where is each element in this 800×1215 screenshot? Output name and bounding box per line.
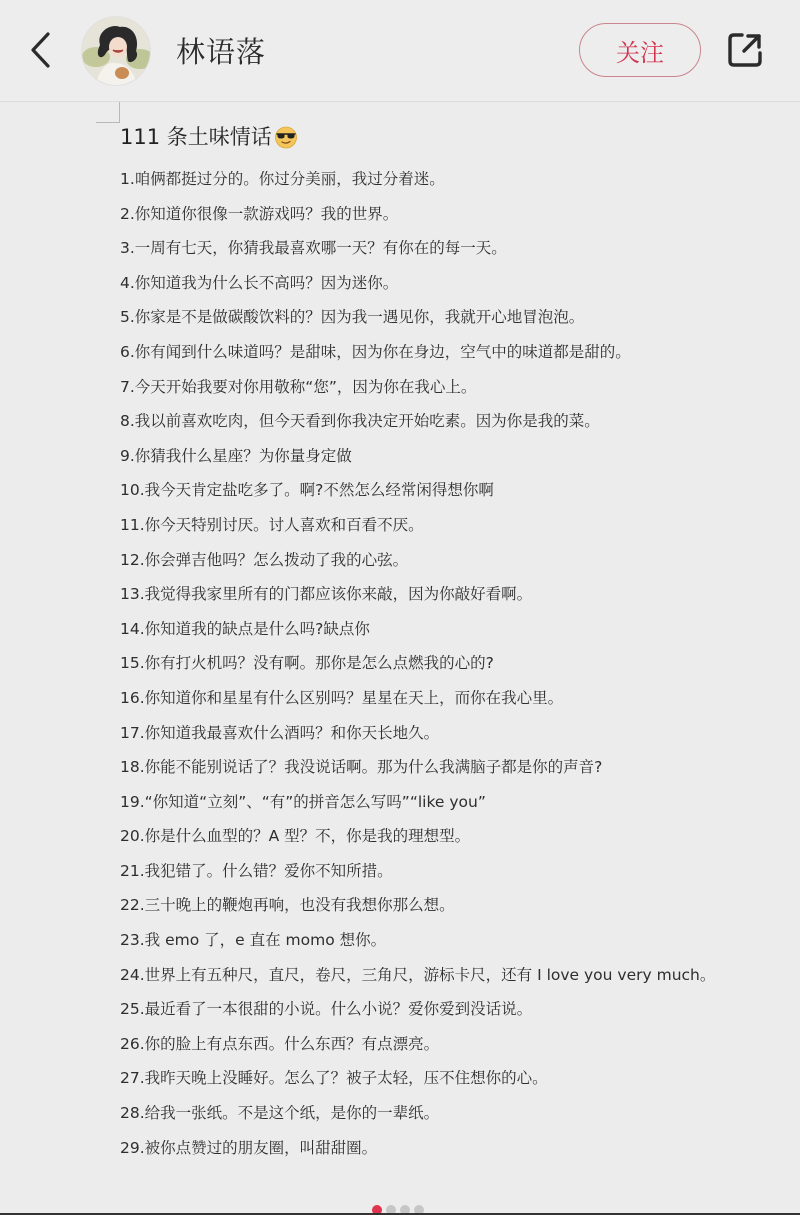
- author-name[interactable]: 林语落: [176, 30, 266, 71]
- list-item: 7.今天开始我要对你用敬称“您”，因为你在我心上。: [120, 370, 780, 405]
- list-item: 12.你会弹吉他吗？怎么拨动了我的心弦。: [120, 543, 780, 578]
- post-title: 111 条土味情话: [120, 120, 272, 154]
- list-item: 11.你今天特别讨厌。讨人喜欢和百看不厌。: [120, 508, 780, 543]
- list-item: 29.被你点赞过的朋友圈，叫甜甜圈。: [120, 1131, 780, 1166]
- list-item: 22.三十晚上的鞭炮再响，也没有我想你那么想。: [120, 888, 780, 923]
- list-item: 2.你知道你很像一款游戏吗？我的世界。: [120, 197, 780, 232]
- share-button[interactable]: [722, 27, 768, 73]
- list-item: 13.我觉得我家里所有的门都应该你来敲，因为你敲好看啊。: [120, 577, 780, 612]
- author-avatar[interactable]: [81, 16, 151, 86]
- list-item: 1.咱俩都挺过分的。你过分美丽，我过分着迷。: [120, 162, 780, 197]
- list-item: 3.一周有七天，你猜我最喜欢哪一天？有你在的每一天。: [120, 231, 780, 266]
- post-title-row: 111 条土味情话: [120, 120, 780, 154]
- follow-button[interactable]: 关注: [579, 23, 701, 77]
- back-button[interactable]: [22, 28, 58, 72]
- list-item: 10.我今天肯定盐吃多了。啊?不然怎么经常闲得想你啊: [120, 473, 780, 508]
- list-item: 28.给我一张纸。不是这个纸，是你的一辈纸。: [120, 1096, 780, 1131]
- list-item: 27.我昨天晚上没睡好。怎么了？被子太轻，压不住想你的心。: [120, 1061, 780, 1096]
- list-item: 26.你的脸上有点东西。什么东西？有点漂亮。: [120, 1027, 780, 1062]
- sunglasses-emoji-icon: [274, 125, 298, 149]
- list-item: 15.你有打火机吗？没有啊。那你是怎么点燃我的心的?: [120, 646, 780, 681]
- list-item: 8.我以前喜欢吃肉，但今天看到你我决定开始吃素。因为你是我的菜。: [120, 404, 780, 439]
- list-item: 25.最近看了一本很甜的小说。什么小说？爱你爱到没话说。: [120, 992, 780, 1027]
- post-header: 林语落 关注: [0, 0, 800, 102]
- list-item: 20.你是什么血型的？A 型？不，你是我的理想型。: [120, 819, 780, 854]
- header-divider: [0, 101, 800, 102]
- post-page: 林语落 关注 111 条土味情话: [0, 0, 800, 1215]
- avatar-illustration: [82, 17, 151, 86]
- list-item: 16.你知道你和星星有什么区别吗？星星在天上，而你在我心里。: [120, 681, 780, 716]
- list-item: 9.你猜我什么星座？为你量身定做: [120, 439, 780, 474]
- list-item: 24.世界上有五种尺，直尺，卷尺，三角尺，游标卡尺，还有 I love you …: [120, 958, 780, 993]
- list-item: 4.你知道我为什么长不高吗？因为迷你。: [120, 266, 780, 301]
- pickup-lines-list: 1.咱俩都挺过分的。你过分美丽，我过分着迷。 2.你知道你很像一款游戏吗？我的世…: [120, 162, 780, 1165]
- list-item: 21.我犯错了。什么错？爱你不知所措。: [120, 854, 780, 889]
- list-item: 17.你知道我最喜欢什么酒吗？和你天长地久。: [120, 716, 780, 751]
- list-item: 14.你知道我的缺点是什么吗?缺点你: [120, 612, 780, 647]
- chevron-left-icon: [28, 30, 52, 70]
- list-item: 23.我 emo 了，e 直在 momo 想你。: [120, 923, 780, 958]
- list-item: 5.你家是不是做碳酸饮料的？因为我一遇见你，我就开心地冒泡泡。: [120, 300, 780, 335]
- list-item: 18.你能不能别说话了？我没说话啊。那为什么我满脑子都是你的声音?: [120, 750, 780, 785]
- list-item: 6.你有闻到什么味道吗？是甜味，因为你在身边，空气中的味道都是甜的。: [120, 335, 780, 370]
- crop-corner-mark: [96, 102, 120, 123]
- post-content: 111 条土味情话 1.咱俩都挺过分的。你过分美丽，我过分着迷。 2.你知道你很…: [120, 120, 780, 1165]
- external-share-icon: [726, 31, 764, 69]
- list-item: 19.“你知道“立刻”、“有”的拼音怎么写吗”“like you”: [120, 785, 780, 820]
